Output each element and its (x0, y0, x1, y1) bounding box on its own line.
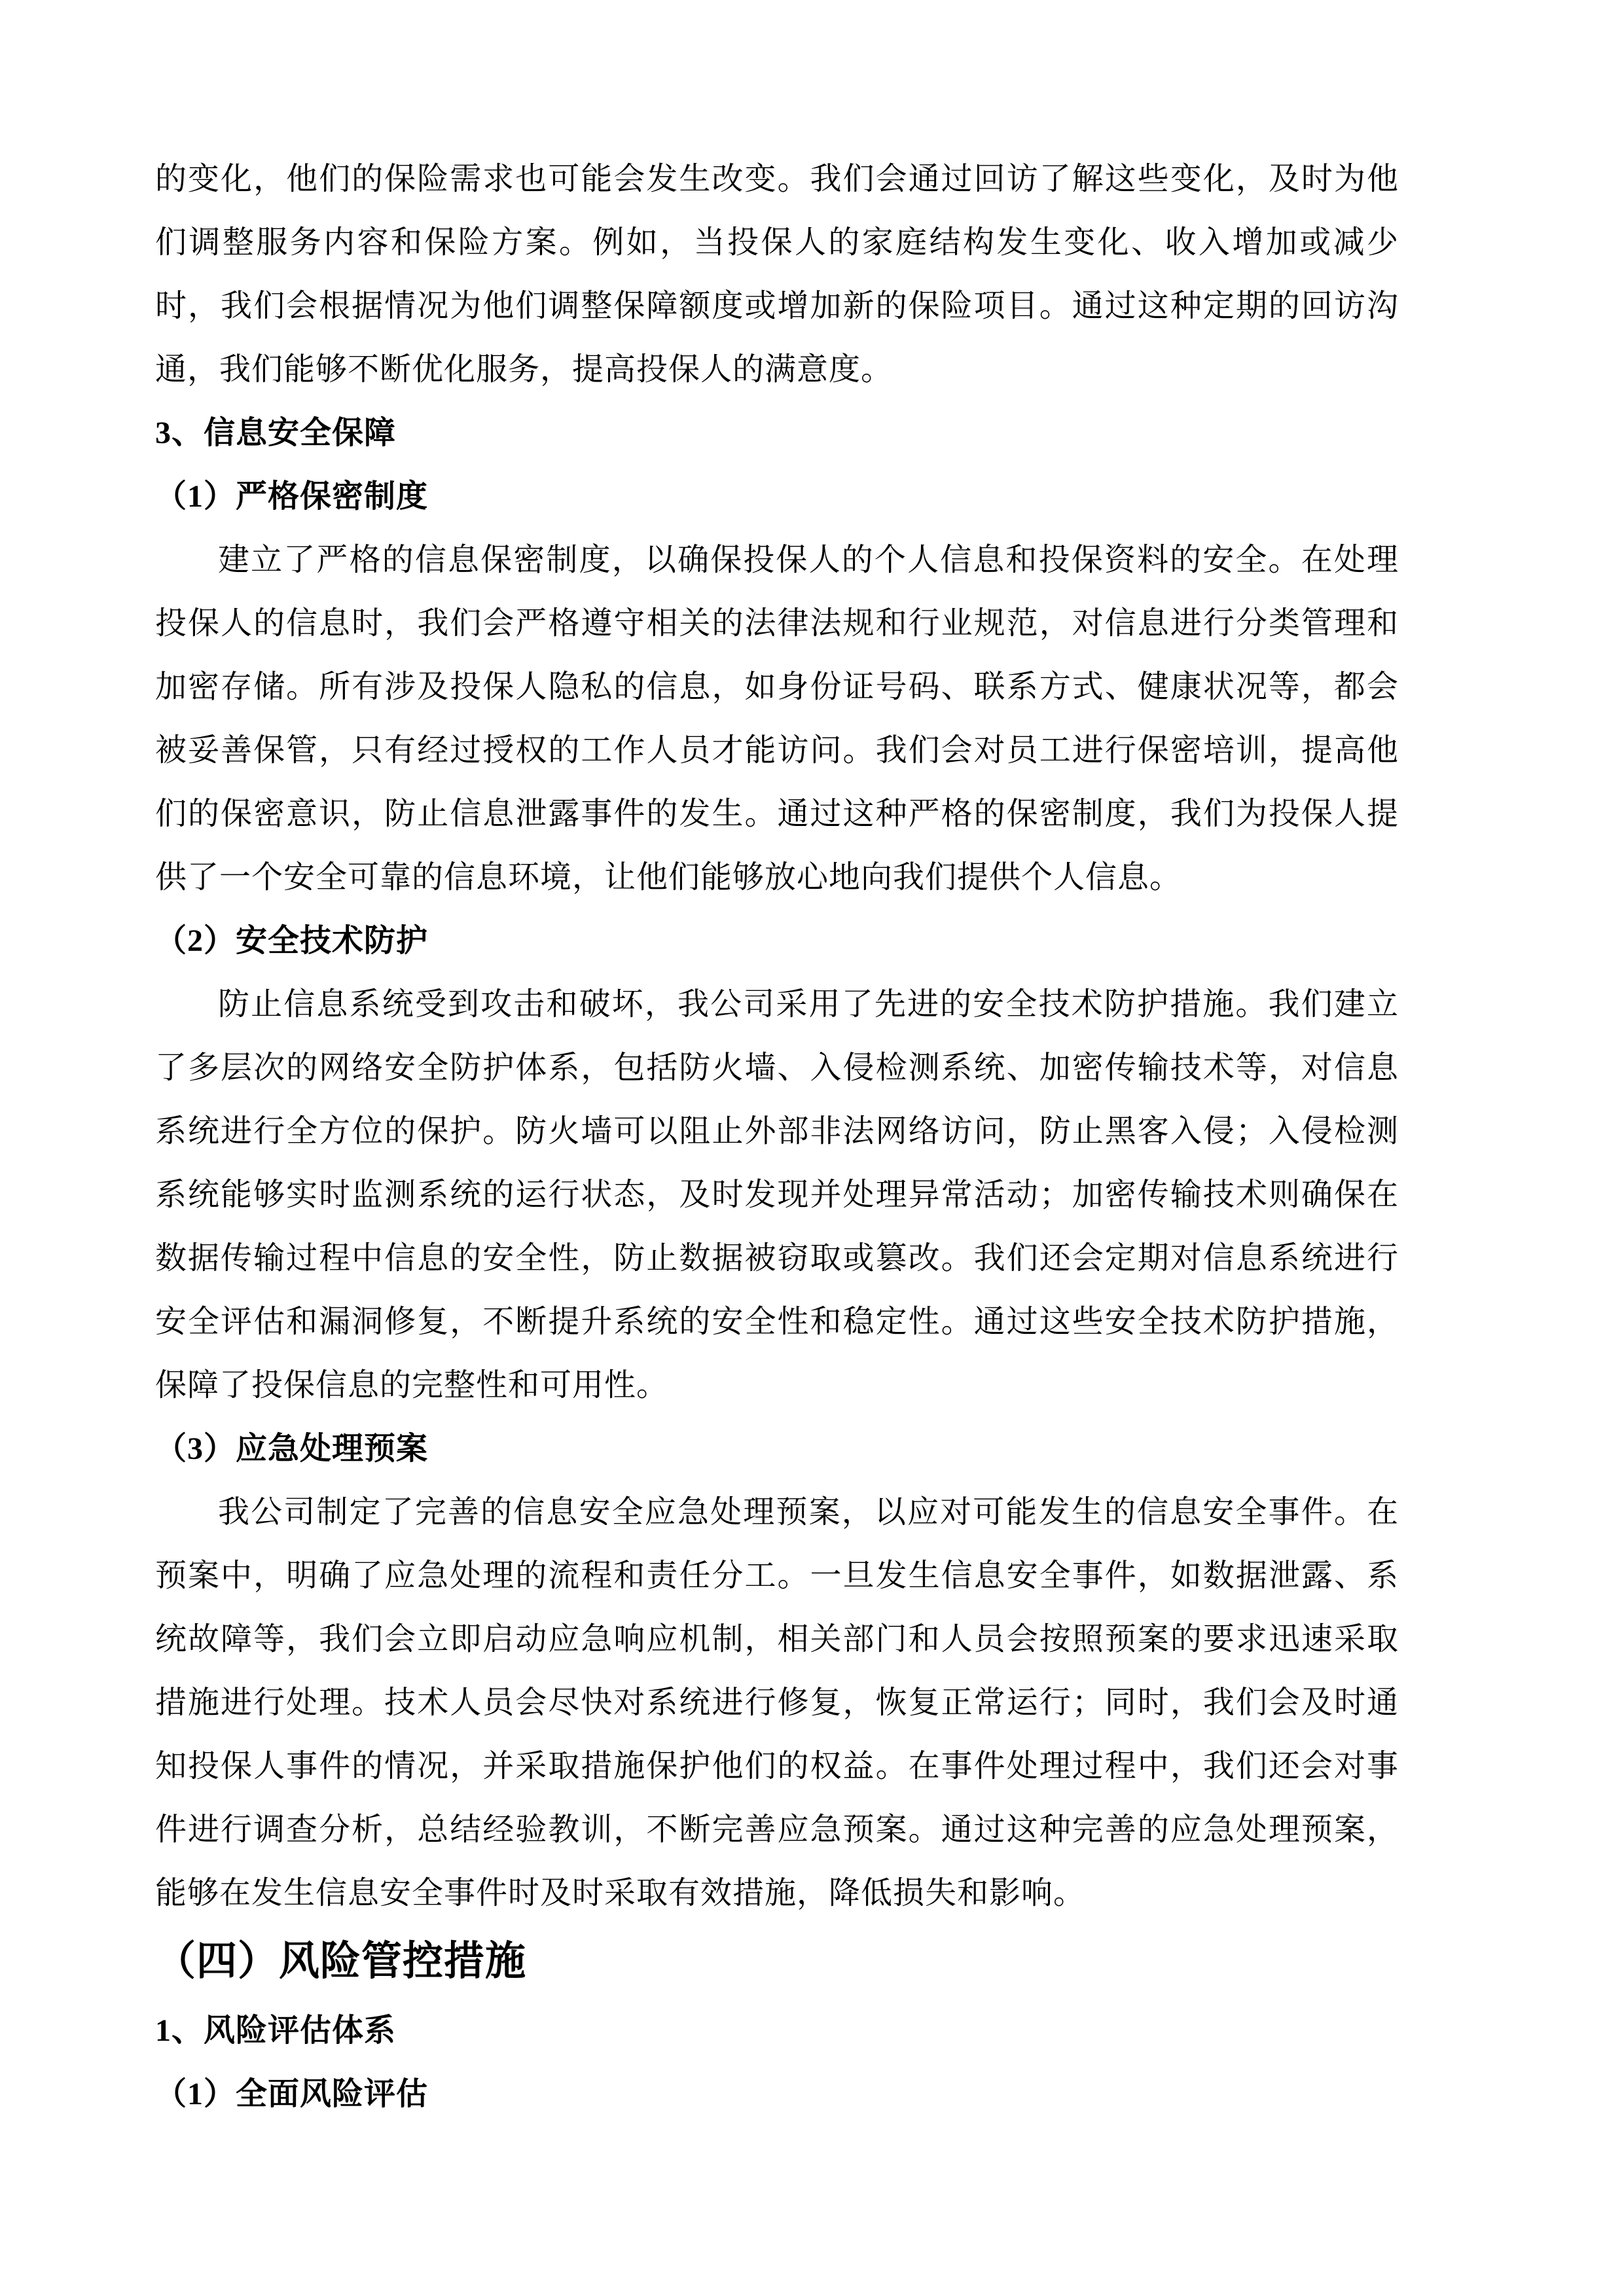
document-page: 的变化，他们的保险需求也可能会发生改变。我们会通过回访了解这些变化，及时为他们调… (0, 0, 1624, 2296)
paragraph-continuation: 的变化，他们的保险需求也可能会发生改变。我们会通过回访了解这些变化，及时为他们调… (155, 147, 1399, 401)
heading-comprehensive-risk-assessment: （1）全面风险评估 (155, 2062, 1399, 2126)
heading-risk-control: （四）风险管控措施 (155, 1925, 1399, 1999)
paragraph-confidentiality: 建立了严格的信息保密制度，以确保投保人的个人信息和投保资料的安全。在处理投保人的… (155, 528, 1399, 909)
heading-information-security: 3、信息安全保障 (155, 401, 1399, 465)
heading-strict-confidentiality: （1）严格保密制度 (155, 465, 1399, 528)
heading-emergency-plan: （3）应急处理预案 (155, 1417, 1399, 1480)
paragraph-emergency-plan: 我公司制定了完善的信息安全应急处理预案，以应对可能发生的信息安全事件。在预案中，… (155, 1480, 1399, 1925)
heading-risk-assessment-system: 1、风险评估体系 (155, 1999, 1399, 2062)
paragraph-security-technology: 防止信息系统受到攻击和破坏，我公司采用了先进的安全技术防护措施。我们建立了多层次… (155, 973, 1399, 1417)
heading-security-technology: （2）安全技术防护 (155, 909, 1399, 973)
